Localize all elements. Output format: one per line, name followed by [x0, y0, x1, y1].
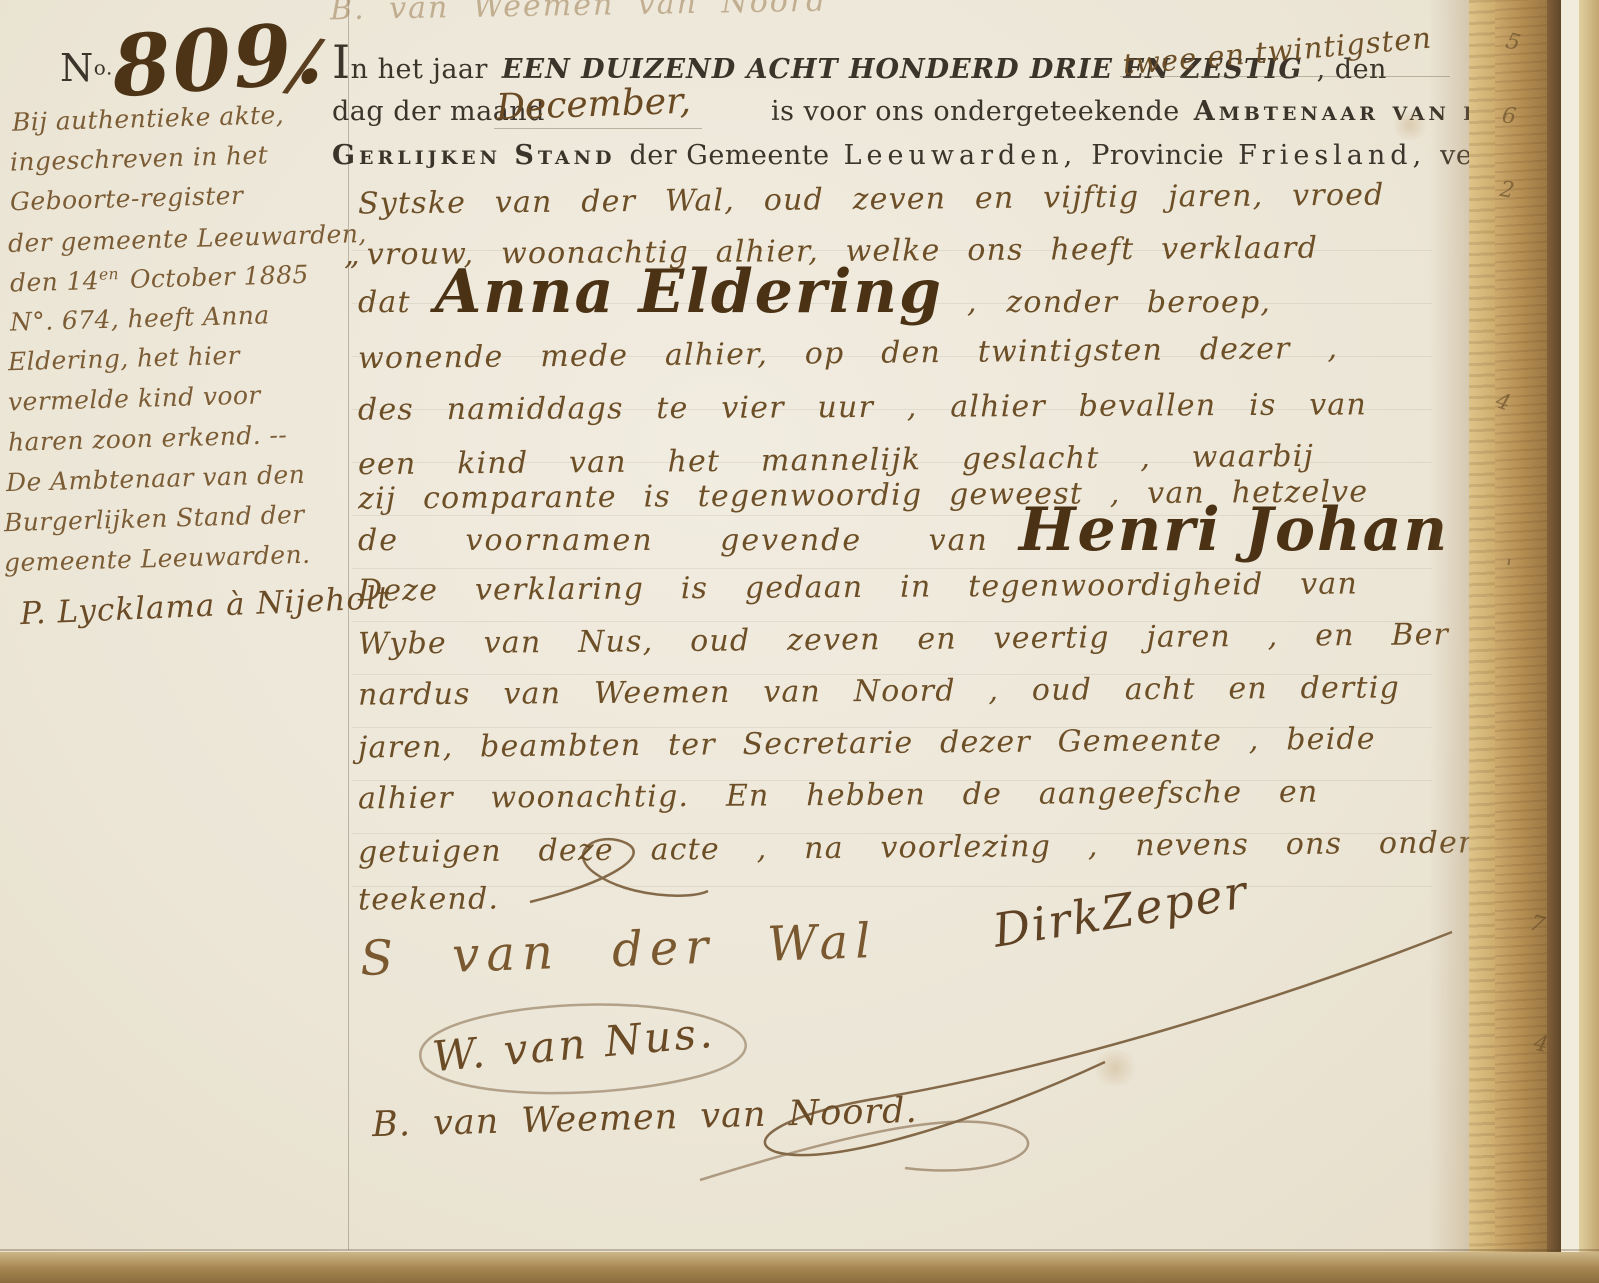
printed-civil-registry-caps: Gerlijken Stand [332, 140, 616, 171]
body-line: teekend. [358, 882, 499, 918]
previous-act-signature-fragment: B. van Weemen van Noord [330, 0, 828, 27]
margin-note-line: Bij authentieke akte, [12, 100, 285, 137]
margin-note-line: Geboorte-register [10, 181, 244, 217]
margin-note-line: den 14enOctober 1885 [10, 260, 309, 298]
margin-date-sup: en [99, 265, 119, 284]
body-dat: dat [358, 285, 411, 320]
body-line: des namiddags te vier uur , alhier beval… [358, 387, 1367, 427]
paper-stain [1390, 110, 1430, 140]
margin-date-b: October 1885 [130, 260, 309, 294]
bottom-page-crease [0, 1249, 1599, 1251]
printed-municipality-name: Leeuwarden, [844, 140, 1078, 171]
birth-certificate-scan: B. van Weemen van Noord No. 809. / Bij a… [0, 0, 1599, 1283]
margin-note-line: Burgerlijken Stand der [4, 500, 305, 537]
signature-declarant: S van der Wal [359, 913, 878, 987]
gutter-crevice [1547, 0, 1561, 1283]
margin-note-line: vermelde kind voor [8, 380, 261, 416]
printed-province-name: Friesland, [1238, 140, 1426, 171]
body-line: Deze verklaring is gedaan in tegenwoordi… [358, 567, 1358, 609]
margin-note-line: ingeschreven in het [10, 140, 269, 176]
gutter-shade [1429, 0, 1469, 1283]
printed-province-label: Provincie [1091, 140, 1224, 171]
edge-ink-mark: 6 [1501, 103, 1518, 129]
body-line: alhier woonachtig. En hebben de aangeefs… [358, 775, 1319, 817]
act-number-n: N [60, 46, 94, 90]
facing-page-sliver [1561, 0, 1579, 1283]
margin-note-line: der gemeente Leeuwarden, [8, 219, 367, 258]
body-line: nardus van Weemen van Noord , oud acht e… [358, 670, 1400, 712]
body-line-child: de voornamen gevende van Henri Johan . [358, 500, 1495, 560]
printed-before-officer: is voor ons ondergeteekende [771, 96, 1180, 127]
fill-in-rule [494, 128, 702, 129]
body-occupation: , zonder beroep, [967, 285, 1271, 320]
child-name: Henri Johan [1019, 500, 1449, 560]
margin-note-line: haren zoon erkend. -- [8, 420, 288, 457]
printed-line-3: Gerlijken Stand der Gemeente Leeuwarden,… [332, 140, 1599, 171]
printed-intro: In het jaar [332, 44, 488, 85]
printed-municipality-label: der Gemeente [630, 140, 830, 171]
act-number-sup: o. [94, 56, 113, 80]
paper-stain [1090, 1050, 1140, 1086]
registrar-underline [868, 932, 1452, 1100]
mother-name: Anna Eldering [435, 262, 943, 322]
signature-witness-van-weemen: B. van Weemen van Noord. [372, 1091, 919, 1145]
handwritten-month: December, [495, 81, 691, 129]
margin-date-a: den 14 [10, 266, 100, 297]
margin-rule [348, 0, 349, 1250]
page-edge-band [1469, 0, 1495, 1283]
bottom-page-edges [0, 1252, 1599, 1283]
body-names-giving: de voornamen gevende van [358, 523, 989, 558]
facing-page-edge [1579, 0, 1599, 1283]
margin-note-line: N°. 674, heeft Anna [10, 300, 270, 336]
margin-note-line: Eldering, het hier [8, 341, 241, 376]
act-number-label: No. [60, 46, 113, 90]
margin-note-line: De Ambtenaar van den [6, 460, 306, 497]
margin-note-line: gemeente Leeuwarden. [4, 540, 311, 578]
signature-witness-van-nus: W. van Nus. [430, 1008, 717, 1082]
body-line-mother: dat Anna Eldering , zonder beroep, [358, 262, 1271, 322]
margin-registrar-signature: P. Lycklama à Nijeholt [19, 580, 391, 632]
